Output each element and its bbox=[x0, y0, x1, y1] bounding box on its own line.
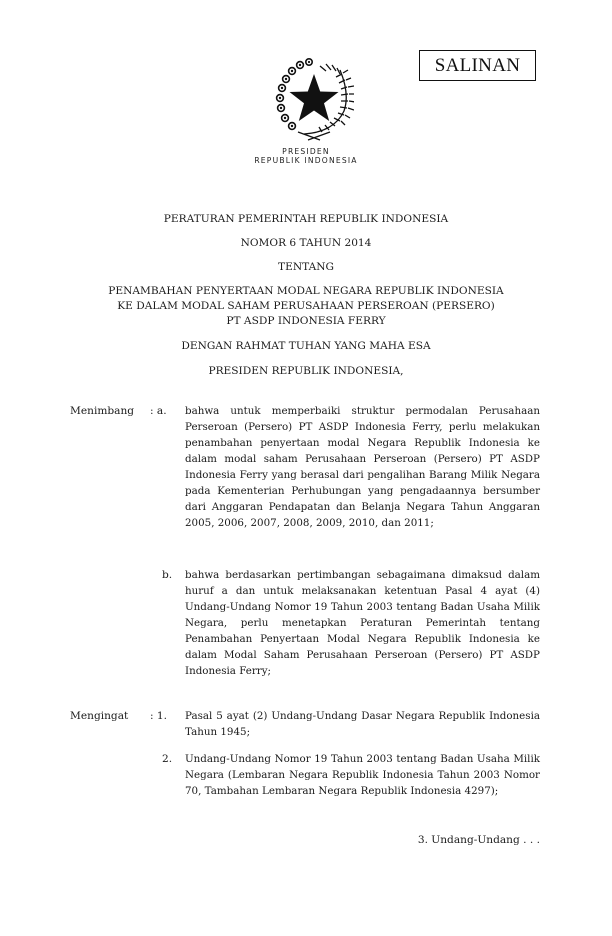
menimbang-label: Menimbang bbox=[70, 403, 134, 419]
menimbang-item-a-text: bahwa untuk memperbaiki struktur permoda… bbox=[185, 403, 540, 531]
menimbang-item-b-text: bahwa berdasarkan pertimbangan sebagaima… bbox=[185, 567, 540, 679]
menimbang-item-b-marker: b. bbox=[162, 567, 172, 583]
subject-line-2: KE DALAM MODAL SAHAM PERUSAHAAN PERSEROA… bbox=[40, 299, 572, 313]
authority-line: PRESIDEN REPUBLIK INDONESIA, bbox=[40, 364, 572, 378]
subject-line-3: PT ASDP INDONESIA FERRY bbox=[40, 314, 572, 328]
issuer-line-republic: REPUBLIK INDONESIA bbox=[206, 156, 406, 165]
mengingat-item-1-text: Pasal 5 ayat (2) Undang-Undang Dasar Neg… bbox=[185, 708, 540, 740]
document-page: SALINAN bbox=[0, 0, 612, 936]
regulation-type-heading: PERATURAN PEMERINTAH REPUBLIK INDONESIA bbox=[40, 212, 572, 226]
issuer-line-president: PRESIDEN bbox=[206, 147, 406, 156]
garuda-presidential-emblem-icon bbox=[274, 56, 354, 142]
regarding-heading: TENTANG bbox=[40, 260, 572, 274]
regulation-number-heading: NOMOR 6 TAHUN 2014 bbox=[40, 236, 572, 250]
page-continuation-marker: 3. Undang-Undang . . . bbox=[418, 833, 540, 847]
mengingat-item-2-text: Undang-Undang Nomor 19 Tahun 2003 tentan… bbox=[185, 751, 540, 799]
mengingat-item-1-marker: : 1. bbox=[150, 708, 167, 724]
subject-line-1: PENAMBAHAN PENYERTAAN MODAL NEGARA REPUB… bbox=[40, 284, 572, 298]
mengingat-label: Mengingat bbox=[70, 708, 128, 724]
copy-stamp: SALINAN bbox=[419, 50, 536, 81]
invocation-line: DENGAN RAHMAT TUHAN YANG MAHA ESA bbox=[40, 339, 572, 353]
mengingat-item-2-marker: 2. bbox=[162, 751, 172, 767]
menimbang-item-a-marker: : a. bbox=[150, 403, 167, 419]
